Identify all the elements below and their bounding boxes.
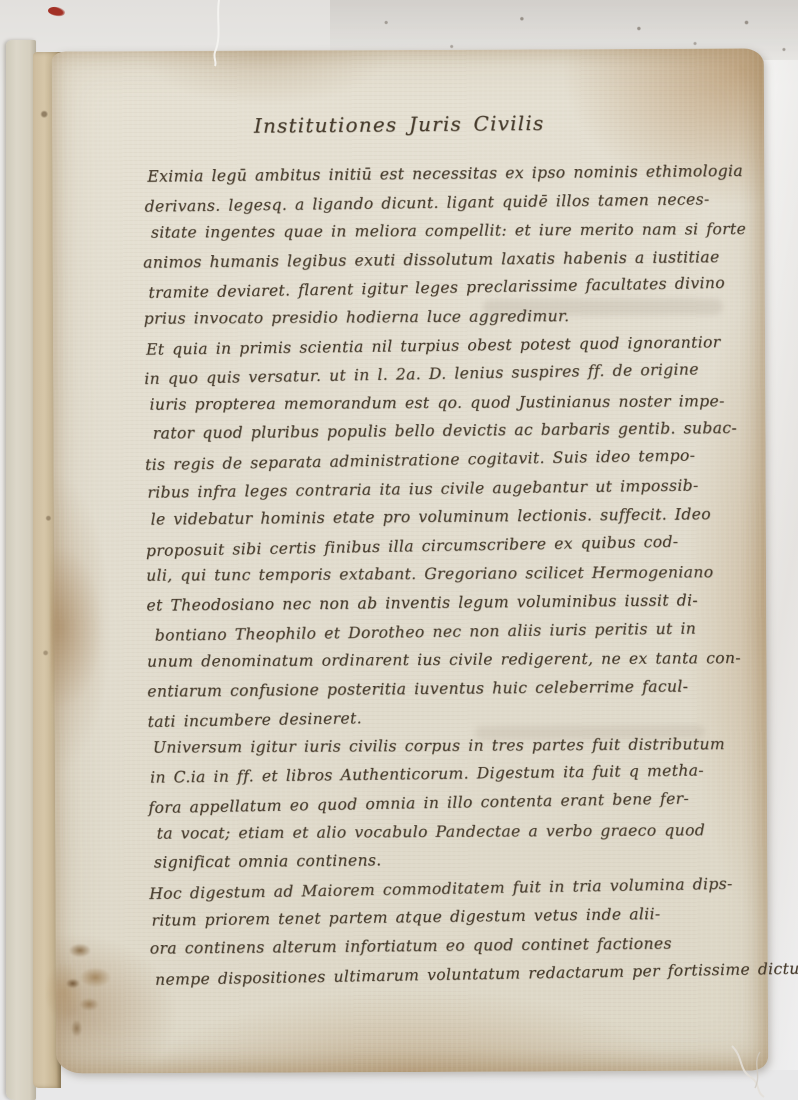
manuscript-line: unum denominatum ordinarent ius civile r… (147, 644, 727, 676)
manuscript-photo: Institutiones Juris Civilis Eximia legū … (0, 0, 798, 1100)
red-stain (47, 5, 66, 18)
manuscript-line: uli, qui tunc temporis extabant. Gregori… (146, 558, 726, 590)
page-title: Institutiones Juris Civilis (254, 109, 722, 147)
vellum-cover-edge (6, 40, 36, 1100)
manuscript-page: Institutiones Juris Civilis Eximia legū … (52, 48, 768, 1073)
stain-left-middle (50, 547, 103, 707)
manuscript-line: ta vocat; etiam et alio vocabulo Pandect… (157, 816, 729, 848)
damage-bottom-left (46, 917, 137, 1067)
manuscript-line: iuris propterea memorandum est qo. quod … (149, 387, 724, 419)
manuscript-line: sitate ingentes quae in meliora compelli… (151, 215, 723, 247)
backdrop-crease (764, 60, 798, 1070)
handwritten-text-block: Institutiones Juris Civilis Eximia legū … (142, 109, 730, 992)
